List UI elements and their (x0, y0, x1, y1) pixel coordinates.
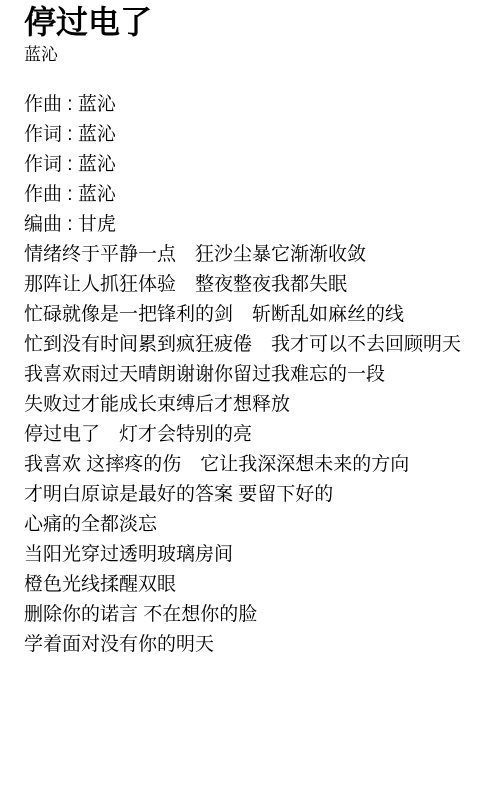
page-title: 停过电了 (24, 2, 500, 42)
lyric-line: 当阳光穿过透明玻璃房间 (24, 540, 500, 570)
credit-line-composer: 作曲 : 蓝沁 (24, 180, 500, 210)
lyric-line: 我喜欢雨过天晴朗谢谢你留过我难忘的一段 (24, 360, 500, 390)
lyric-line: 删除你的诺言 不在想你的脸 (24, 600, 500, 630)
lyric-line: 那阵让人抓狂体验 整夜整夜我都失眠 (24, 270, 500, 300)
lyrics-block: 情绪终于平静一点 狂沙尘暴它渐渐收敛 那阵让人抓狂体验 整夜整夜我都失眠 忙碌就… (24, 240, 500, 660)
credit-line-lyricist: 作词 : 蓝沁 (24, 120, 500, 150)
lyric-line: 橙色光线揉醒双眼 (24, 570, 500, 600)
lyric-line: 学着面对没有你的明天 (24, 630, 500, 660)
lyric-line: 我喜欢 这摔疼的伤 它让我深深想未来的方向 (24, 450, 500, 480)
lyric-line: 忙到没有时间累到疯狂疲倦 我才可以不去回顾明天 (24, 330, 500, 360)
credit-line-composer: 作曲 : 蓝沁 (24, 90, 500, 120)
lyric-line: 情绪终于平静一点 狂沙尘暴它渐渐收敛 (24, 240, 500, 270)
lyrics-page: 停过电了 蓝沁 作曲 : 蓝沁 作词 : 蓝沁 作词 : 蓝沁 作曲 : 蓝沁 … (0, 0, 500, 660)
lyric-line: 忙碌就像是一把锋利的剑 斩断乱如麻丝的线 (24, 300, 500, 330)
lyric-line: 才明白原谅是最好的答案 要留下好的 (24, 480, 500, 510)
artist-name: 蓝沁 (24, 44, 500, 66)
lyric-line: 失败过才能成长束缚后才想释放 (24, 390, 500, 420)
credits-block: 作曲 : 蓝沁 作词 : 蓝沁 作词 : 蓝沁 作曲 : 蓝沁 编曲 : 甘虎 (24, 90, 500, 240)
credit-line-arranger: 编曲 : 甘虎 (24, 210, 500, 240)
lyric-line: 停过电了 灯才会特别的亮 (24, 420, 500, 450)
lyric-line: 心痛的全都淡忘 (24, 510, 500, 540)
credit-line-lyricist: 作词 : 蓝沁 (24, 150, 500, 180)
